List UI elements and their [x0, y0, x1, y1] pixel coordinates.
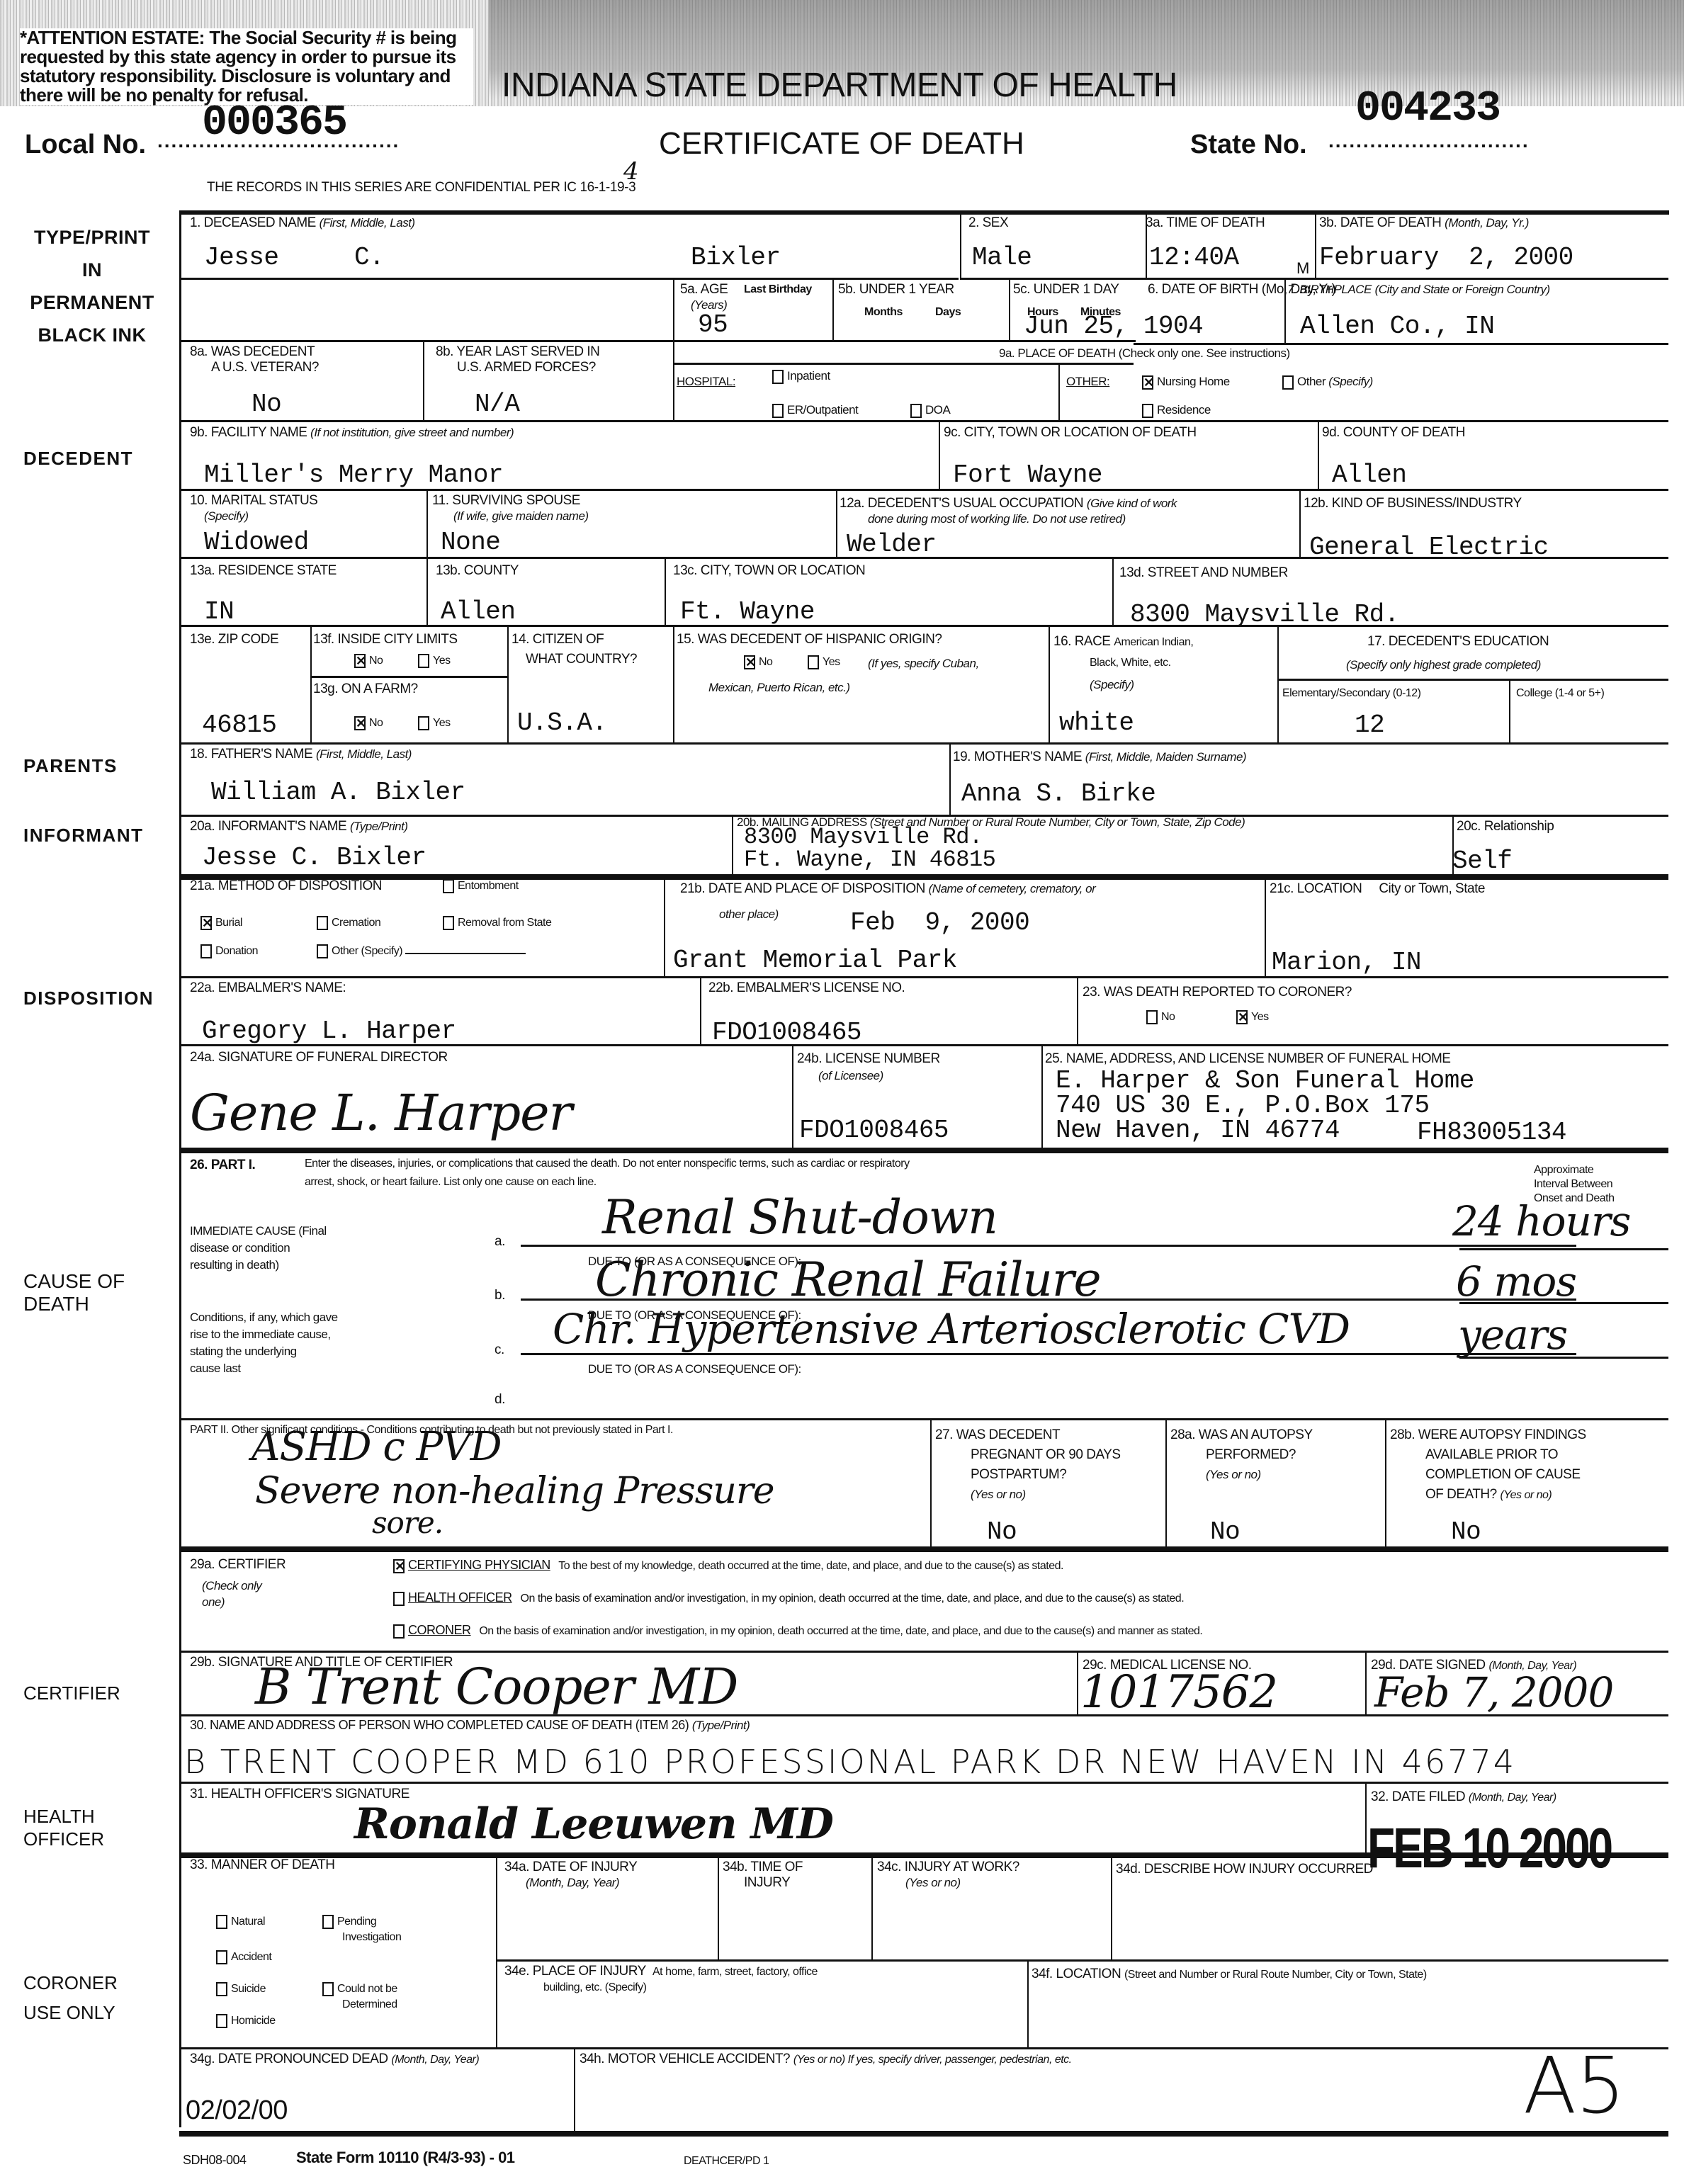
zip-label: 13e. ZIP CODE [190, 632, 278, 647]
checked-box-icon: ✕ [393, 1559, 405, 1573]
race-hint-specify: (Specify) [1090, 677, 1134, 694]
checkbox-icon [808, 655, 819, 669]
rule [673, 363, 1134, 365]
date-signed-value[interactable]: Feb 7, 2000 [1374, 1668, 1613, 1716]
footer-ref: DEATHCER/PD 1 [684, 2154, 769, 2169]
footer-code: SDH08-004 [183, 2152, 247, 2168]
rule-v [1165, 1418, 1167, 1546]
deceased-middle-name[interactable]: C. [354, 243, 384, 272]
part-2-line-1[interactable]: ASHD c PVD [252, 1424, 502, 1470]
rule-v [871, 1852, 873, 1959]
rule-v [665, 557, 666, 625]
race-value[interactable]: white [1059, 708, 1134, 737]
rule [179, 1651, 1668, 1653]
checkbox-icon [393, 1592, 405, 1606]
rule-v [507, 625, 509, 742]
part-1-instructions-2: arrest, shock, or heart failure. List on… [305, 1175, 597, 1190]
findings-value[interactable]: No [1451, 1517, 1481, 1546]
checkbox-icon [772, 370, 784, 384]
months-label: Months [864, 305, 903, 320]
manner-suicide[interactable]: Suicide [216, 1981, 266, 1997]
hospital-label: HOSPITAL: [677, 374, 735, 390]
rule [960, 278, 1668, 280]
rule [310, 676, 507, 678]
autopsy-label: 28a. WAS AN AUTOPSYPERFORMED?(Yes or no) [1170, 1425, 1313, 1486]
checkbox-icon [418, 716, 429, 730]
cause-line-c-rule [521, 1353, 1576, 1355]
residence-county-value[interactable]: Allen [441, 597, 516, 626]
rule-v [1077, 976, 1078, 1044]
certifier-coroner-option[interactable]: CORONER On the basis of examination and/… [393, 1622, 1202, 1639]
hispanic-yes[interactable]: Yes [808, 655, 840, 670]
section-label-health-officer: HEALTH OFFICER [23, 1805, 104, 1850]
pregnant-label: 27. WAS DECEDENTPREGNANT OR 90 DAYSPOSTP… [935, 1425, 1121, 1505]
occupation-label: 12a. DECEDENT'S USUAL OCCUPATION (Give k… [840, 496, 1177, 527]
license-hint: (of Licensee) [818, 1068, 883, 1084]
checked-box-icon: ✕ [1236, 1010, 1248, 1024]
county-of-death-value[interactable]: Allen [1332, 460, 1407, 490]
city-of-death-label: 9c. CITY, TOWN OR LOCATION OF DEATH [944, 425, 1197, 441]
rule-bold [179, 874, 1668, 880]
certificate-title: CERTIFICATE OF DEATH [659, 126, 1024, 162]
rule-v [700, 976, 701, 1044]
facility-value[interactable]: Miller's Merry Manor [204, 460, 503, 490]
checked-box-icon: ✕ [1142, 375, 1153, 390]
date-of-death-label: 3b. DATE OF DEATH (Month, Day, Yr.) [1319, 215, 1529, 231]
completer-value[interactable]: B TRENT COOPER MD 610 PROFESSIONAL PARK … [184, 1743, 1516, 1781]
checkbox-icon [910, 404, 922, 418]
sex-label: 2. SEX [968, 215, 1008, 231]
section-label-parents: PARENTS [23, 755, 118, 777]
cause-line-b[interactable]: Chronic Renal Failure [595, 1252, 1101, 1307]
interval-line-c[interactable]: years [1458, 1311, 1567, 1359]
marital-value[interactable]: Widowed [204, 528, 309, 557]
part-1-instructions: Enter the diseases, injuries, or complic… [305, 1156, 910, 1172]
checkbox-icon [322, 1982, 334, 1996]
checkbox-inpatient[interactable]: Inpatient [772, 368, 830, 384]
side-label-line: CAUSE OF [23, 1270, 125, 1293]
checkbox-icon [317, 944, 328, 958]
checkbox-donation[interactable]: Donation [200, 944, 258, 959]
section-label-disposition: DISPOSITION [23, 988, 154, 1009]
city-of-death-value[interactable]: Fort Wayne [953, 460, 1102, 490]
checkbox-icon [322, 1915, 334, 1929]
city-limits-label: 13f. INSIDE CITY LIMITS [313, 632, 458, 647]
deceased-name-label: 1. DECEASED NAME (First, Middle, Last) [190, 215, 415, 231]
coroner-reported-no[interactable]: No [1146, 1009, 1175, 1025]
education-hint: (Specify only highest grade completed) [1346, 657, 1541, 674]
corner-mark: A5 [1523, 2040, 1624, 2131]
rule-bold [179, 2131, 1668, 2137]
checkbox-icon [216, 1915, 227, 1929]
deceased-first-name[interactable]: Jesse [204, 243, 279, 272]
checkbox-other-place[interactable]: Other (Specify) [1282, 374, 1373, 390]
manner-accident[interactable]: Accident [216, 1950, 271, 1965]
county-of-death-label: 9d. COUNTY OF DEATH [1322, 425, 1465, 441]
disposition-place-value[interactable]: Grant Memorial Park [673, 946, 957, 975]
certifier-physician-option[interactable]: ✕CERTIFYING PHYSICIAN To the best of my … [393, 1557, 1063, 1574]
part-1-label: 26. PART I. [190, 1158, 255, 1173]
rule-bold [179, 1148, 1668, 1153]
certifier-signature[interactable]: B Trent Cooper MD [255, 1658, 738, 1716]
street-label: 13d. STREET AND NUMBER [1119, 565, 1288, 581]
zip-value[interactable]: 46815 [202, 711, 277, 740]
checked-box-icon: ✕ [200, 916, 212, 930]
due-to-c: DUE TO (OR AS A CONSEQUENCE OF): [588, 1362, 801, 1377]
checkbox-other-disposition[interactable]: Other (Specify) [317, 944, 526, 959]
rule-v [1112, 557, 1114, 625]
type-print-instruction: TYPE/PRINT IN PERMANENT BLACK INK [11, 221, 174, 351]
cause-line-d-letter: d. [495, 1392, 505, 1408]
interval-line-b[interactable]: 6 mos [1456, 1257, 1576, 1306]
rule-v [1277, 625, 1279, 742]
date-filed-label: 32. DATE FILED (Month, Day, Year) [1371, 1789, 1556, 1806]
rule-v [1365, 1651, 1367, 1714]
part-2-line-2[interactable]: Severe non-healing Pressure [255, 1470, 774, 1512]
coroner-reported-label: 23. WAS DEATH REPORTED TO CORONER? [1083, 985, 1352, 1000]
farm-yes[interactable]: Yes [418, 715, 451, 731]
side-label-line: DEATH [23, 1293, 125, 1316]
side-label-line: USE ONLY [23, 1998, 118, 2027]
motor-vehicle-label: 34h. MOTOR VEHICLE ACCIDENT? (Yes or no)… [580, 2052, 1072, 2068]
rule-v [664, 874, 665, 976]
rule-v [673, 340, 674, 420]
mother-value[interactable]: Anna S. Birke [961, 779, 1155, 808]
checkbox-icon [1146, 1010, 1158, 1024]
rule [179, 278, 959, 280]
side-label-line: HEALTH [23, 1805, 104, 1828]
local-no-label: Local No. [25, 130, 146, 160]
side-label-line: CORONER [23, 1968, 118, 1998]
residence-county-label: 13b. COUNTY [436, 563, 519, 579]
location-value[interactable]: Marion, IN [1272, 948, 1421, 977]
pronounced-dead-label: 34g. DATE PRONOUNCED DEAD (Month, Day, Y… [190, 2052, 479, 2068]
manner-homicide[interactable]: Homicide [216, 2013, 276, 2029]
residence-state-value[interactable]: IN [204, 597, 234, 626]
section-label-cause-of-death: CAUSE OF DEATH [23, 1270, 125, 1316]
college-label: College (1-4 or 5+) [1516, 686, 1604, 701]
rule-v [930, 1418, 932, 1546]
city-limits-yes[interactable]: Yes [418, 653, 451, 669]
informant-name-value[interactable]: Jesse C. Bixler [202, 843, 426, 872]
section-label-decedent: DECEDENT [23, 448, 133, 470]
medical-license-value[interactable]: 1017562 [1080, 1666, 1277, 1719]
embalmer-value[interactable]: Gregory L. Harper [202, 1017, 456, 1046]
rule-v [673, 278, 674, 340]
hispanic-hint-2: Mexican, Puerto Rican, etc.) [708, 680, 850, 696]
certifier-hint: (Check onlyone) [202, 1578, 261, 1611]
hispanic-label: 15. WAS DECEDENT OF HISPANIC ORIGIN? [677, 632, 942, 647]
birthplace-label: 7. BIRTHPLACE (City and State or Foreign… [1287, 282, 1550, 298]
embalmer-label: 22a. EMBALMER'S NAME: [190, 980, 346, 996]
disposition-date-value[interactable]: Feb 9, 2000 [850, 908, 1029, 937]
elementary-value[interactable]: 12 [1355, 711, 1384, 740]
manner-undetermined[interactable]: Could not beDetermined [322, 1981, 397, 2013]
cause-line-c[interactable]: Chr. Hypertensive Arteriosclerotic CVD [553, 1305, 1350, 1353]
checkbox-removal-from-state[interactable]: Removal from State [443, 915, 551, 931]
farm-no[interactable]: ✕No [354, 715, 383, 731]
state-no-label: State No. [1190, 130, 1307, 160]
embalmer-license-label: 22b. EMBALMER'S LICENSE NO. [708, 980, 905, 996]
coroner-reported-yes[interactable]: ✕Yes [1236, 1009, 1269, 1025]
embalmer-license-value[interactable]: FDO1008465 [712, 1018, 861, 1047]
rule-v [1315, 210, 1316, 278]
rule-v [939, 420, 940, 489]
rule-v [1049, 625, 1050, 742]
relationship-value[interactable]: Self [1452, 847, 1512, 876]
checked-box-icon: ✕ [744, 655, 755, 669]
injury-date-label: 34a. DATE OF INJURY(Month, Day, Year) [504, 1860, 637, 1891]
days-label: Days [935, 305, 961, 320]
rule-v [1265, 874, 1266, 976]
checkbox-icon [393, 1624, 405, 1639]
business-label: 12b. KIND OF BUSINESS/INDUSTRY [1304, 496, 1522, 511]
time-suffix: M [1296, 261, 1309, 276]
rule-v [792, 1044, 793, 1148]
age-value[interactable]: 95 [698, 310, 728, 339]
facility-label: 9b. FACILITY NAME (If not institution, g… [190, 425, 514, 441]
conditions-label: Conditions, if any, which gaverise to th… [190, 1309, 338, 1377]
findings-label: 28b. WERE AUTOPSY FINDINGSAVAILABLE PRIO… [1390, 1425, 1586, 1505]
under-1-day-label: 5c. UNDER 1 DAY [1013, 282, 1119, 298]
occupation-value[interactable]: Welder [847, 530, 937, 559]
side-label-line: OFFICER [23, 1828, 104, 1850]
rule-v [1385, 1418, 1386, 1546]
hispanic-hint: (If yes, specify Cuban, [868, 656, 979, 672]
rule-v [960, 210, 961, 278]
dob-value[interactable]: Jun 25, 1904 [1024, 312, 1203, 341]
rule-v [836, 489, 837, 557]
checkbox-entombment[interactable]: Entombment [443, 878, 519, 894]
checkbox-icon [443, 879, 454, 893]
elementary-label: Elementary/Secondary (0-12) [1282, 686, 1420, 701]
side-label-line: IN [11, 254, 174, 286]
funeral-director-signature-label: 24a. SIGNATURE OF FUNERAL DIRECTOR [190, 1050, 448, 1065]
street-value[interactable]: 8300 Maysville Rd. [1130, 600, 1399, 629]
rule-v [1111, 1852, 1112, 1959]
date-of-death-value[interactable]: February 2, 2000 [1319, 243, 1573, 272]
part-2-line-3[interactable]: sore. [372, 1505, 443, 1540]
section-label-coroner: CORONER USE ONLY [23, 1968, 118, 2027]
informant-name-label: 20a. INFORMANT'S NAME (Type/Print) [190, 819, 408, 834]
section-label-certifier: CERTIFIER [23, 1682, 120, 1704]
pregnant-value[interactable]: No [987, 1517, 1017, 1546]
checkbox-cremation[interactable]: Cremation [317, 915, 380, 931]
completer-label: 30. NAME AND ADDRESS OF PERSON WHO COMPL… [190, 1717, 750, 1733]
city-limits-no[interactable]: ✕No [354, 653, 383, 669]
funeral-home-license[interactable]: FH83005134 [1417, 1118, 1566, 1147]
immediate-cause-label: IMMEDIATE CAUSE (Finaldisease or conditi… [190, 1223, 327, 1274]
cause-line-c-letter: c. [495, 1342, 504, 1358]
cause-line-b-letter: b. [495, 1288, 505, 1303]
rule-v [574, 2047, 575, 2131]
rule-v [732, 815, 733, 874]
checkbox-icon [772, 404, 784, 418]
race-hint: Black, White, etc. [1090, 655, 1171, 671]
place-of-death-label: 9a. PLACE OF DEATH (Check only one. See … [999, 346, 1290, 361]
rule-v [673, 625, 674, 742]
spouse-label: 11. SURVIVING SPOUSE(If wife, give maide… [432, 493, 589, 524]
injury-describe-label: 34d. DESCRIBE HOW INJURY OCCURRED [1116, 1862, 1373, 1877]
interval-line-a[interactable]: 24 hours [1452, 1197, 1630, 1245]
veteran-label: 8a. WAS DECEDENTA U.S. VETERAN? [190, 344, 319, 375]
footer-form: State Form 10110 (R4/3-93) - 01 [296, 2150, 515, 2166]
rule [179, 625, 1668, 627]
certifier-health-officer-option[interactable]: HEALTH OFFICER On the basis of examinati… [393, 1590, 1184, 1607]
license-number-label: 24b. LICENSE NUMBER [797, 1051, 940, 1067]
autopsy-value[interactable]: No [1210, 1517, 1240, 1546]
checkbox-icon [443, 916, 454, 930]
state-no-value: 004233 [1355, 85, 1500, 133]
checkbox-icon [1282, 375, 1294, 390]
funeral-director-signature[interactable]: Gene L. Harper [190, 1084, 572, 1142]
date-place-hint: other place) [719, 907, 779, 922]
rule-v [426, 489, 428, 557]
veteran-value[interactable]: No [252, 390, 281, 419]
rule-v [1027, 1959, 1029, 2047]
local-no-value: 000365 [202, 99, 346, 147]
served-value[interactable]: N/A [475, 390, 519, 419]
checkbox-icon [200, 944, 212, 958]
injury-time-label: 34b. TIME OFINJURY [723, 1860, 803, 1891]
interval-line-a-rule [1459, 1248, 1668, 1250]
checkbox-icon [216, 2014, 227, 2028]
health-officer-signature[interactable]: Ronald Leeuwen MD [354, 1799, 833, 1849]
injury-place-label: 34e. PLACE OF INJURY At home, farm, stre… [504, 1964, 818, 1996]
location-label: 21c. LOCATION City or Town, State [1270, 881, 1485, 897]
rule-v [1077, 1651, 1078, 1714]
rule [179, 1782, 1668, 1784]
rule-v [718, 1852, 719, 1959]
rule-v [1299, 489, 1301, 557]
rule-v [1041, 1044, 1043, 1148]
checkbox-doa[interactable]: DOA [910, 402, 950, 418]
mother-label: 19. MOTHER'S NAME (First, Middle, Maiden… [953, 749, 1246, 765]
age-hint: Last Birthday [744, 282, 812, 298]
manner-natural[interactable]: Natural [216, 1914, 265, 1930]
marital-label: 10. MARITAL STATUS(Specify) [190, 493, 317, 524]
farm-label: 13g. ON A FARM? [313, 681, 418, 697]
sex-value[interactable]: Male [972, 243, 1032, 272]
under-1-year-label: 5b. UNDER 1 YEAR [838, 282, 954, 298]
checkbox-icon [216, 1982, 227, 1996]
section-label-informant: INFORMANT [23, 825, 143, 847]
side-label-line: TYPE/PRINT [11, 221, 174, 254]
rule-bold [179, 1546, 1668, 1552]
checkbox-icon [1142, 404, 1153, 418]
checked-box-icon: ✕ [354, 716, 366, 730]
rule-v [1509, 679, 1510, 742]
checkbox-residence[interactable]: Residence [1142, 402, 1211, 418]
side-label-line: BLACK INK [11, 319, 174, 351]
manner-of-death-label: 33. MANNER OF DEATH [190, 1857, 334, 1873]
checkbox-nursing-home[interactable]: ✕Nursing Home [1142, 374, 1230, 390]
age-label: 5a. AGE [680, 282, 728, 298]
side-label-line: PERMANENT [11, 286, 174, 319]
rule-v [832, 278, 834, 340]
residence-city-label: 13c. CITY, TOWN OR LOCATION [673, 563, 865, 579]
citizen-value[interactable]: U.S.A. [517, 708, 607, 737]
spouse-value[interactable]: None [441, 528, 500, 557]
rule [1134, 343, 1668, 345]
other-label: OTHER: [1066, 374, 1109, 390]
date-filed-stamp: FEB 10 2000 [1367, 1815, 1611, 1881]
education-label: 17. DECEDENT'S EDUCATION [1367, 634, 1549, 650]
checkbox-er-outpatient[interactable]: ER/Outpatient [772, 402, 858, 418]
business-value[interactable]: General Electric [1309, 533, 1549, 562]
rule-v [426, 557, 428, 625]
deceased-last-name[interactable]: Bixler [691, 243, 781, 272]
race-label: 16. RACE American Indian, [1053, 634, 1193, 650]
residence-city-value[interactable]: Ft. Wayne [680, 597, 815, 626]
method-of-disposition-label: 21a. METHOD OF DISPOSITION [190, 878, 382, 894]
hispanic-no[interactable]: ✕No [744, 655, 772, 670]
birthplace-value[interactable]: Allen Co., IN [1300, 312, 1494, 341]
rule [179, 976, 1668, 978]
time-of-death-label: 3a. TIME OF DEATH [1146, 215, 1265, 231]
rule [179, 340, 1136, 342]
cause-line-a-rule [521, 1245, 1576, 1247]
certifier-label: 29a. CERTIFIER [190, 1557, 286, 1573]
citizen-label: 14. CITIZEN OFWHAT COUNTRY? [512, 632, 637, 667]
funeral-home-city[interactable]: New Haven, IN 46774 [1056, 1116, 1340, 1145]
time-of-death-value[interactable]: 12:40A [1149, 243, 1239, 272]
checkbox-icon [317, 916, 328, 930]
mailing-address-line-2[interactable]: Ft. Wayne, IN 46815 [744, 847, 995, 873]
checkbox-burial[interactable]: ✕Burial [200, 915, 242, 931]
rule-v [1318, 420, 1319, 489]
manner-pending[interactable]: PendingInvestigation [322, 1914, 401, 1945]
rule [179, 2047, 1668, 2049]
cause-line-a-letter: a. [495, 1234, 505, 1250]
rule-v [1009, 278, 1010, 340]
rule-v [1058, 363, 1060, 420]
license-number-value[interactable]: FDO1008465 [799, 1116, 949, 1145]
department-title: INDIANA STATE DEPARTMENT OF HEALTH [502, 66, 1177, 105]
rule [179, 420, 1668, 422]
rule [1277, 679, 1668, 681]
rule [179, 1418, 1668, 1420]
injury-at-work-label: 34c. INJURY AT WORK?(Yes or no) [877, 1860, 1019, 1891]
father-label: 18. FATHER'S NAME (First, Middle, Last) [190, 747, 412, 762]
residence-state-label: 13a. RESIDENCE STATE [190, 563, 337, 579]
rule-v [423, 340, 424, 420]
father-value[interactable]: William A. Bixler [211, 778, 465, 807]
rule-v [949, 742, 951, 815]
date-place-disposition-label: 21b. DATE AND PLACE OF DISPOSITION (Name… [680, 881, 1095, 897]
relationship-label: 20c. Relationship [1457, 819, 1554, 834]
checkbox-icon [418, 654, 429, 668]
rule-v [310, 625, 312, 742]
cause-line-a[interactable]: Renal Shut-down [602, 1190, 998, 1245]
served-label: 8b. YEAR LAST SERVED INU.S. ARMED FORCES… [436, 344, 599, 375]
confidential-notice: THE RECORDS IN THIS SERIES ARE CONFIDENT… [207, 180, 635, 196]
checkbox-icon [216, 1950, 227, 1964]
checked-box-icon: ✕ [354, 654, 366, 668]
attention-notice: *ATTENTION ESTATE: The Social Security #… [20, 28, 473, 105]
funeral-home-label: 25. NAME, ADDRESS, AND LICENSE NUMBER OF… [1045, 1051, 1450, 1067]
pronounced-dead-value[interactable]: 02/02/00 [186, 2095, 288, 2126]
rule [496, 1959, 1668, 1962]
injury-location-label: 34f. LOCATION (Street and Number or Rura… [1032, 1967, 1427, 1983]
rule [179, 742, 1668, 745]
rule-v [496, 1852, 497, 2047]
rule-v [1365, 1782, 1367, 1852]
